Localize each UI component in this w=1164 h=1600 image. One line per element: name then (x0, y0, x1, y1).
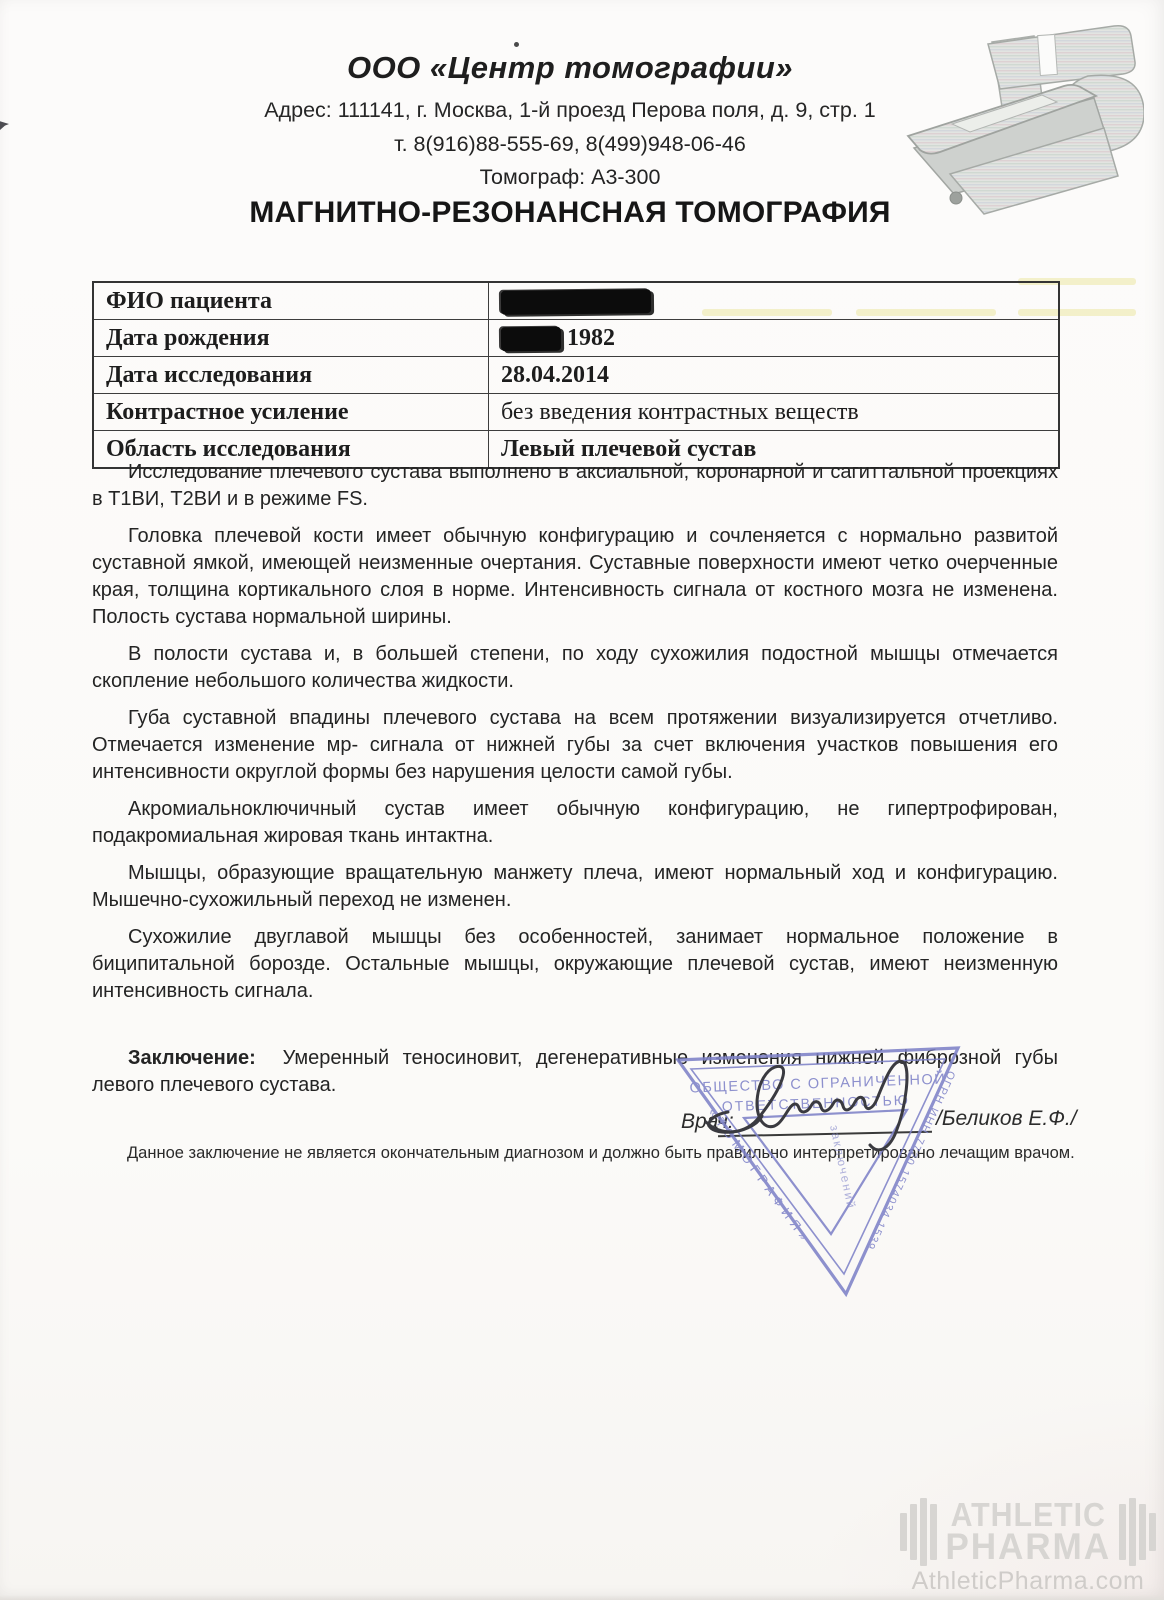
conclusion-label: Заключение: (128, 1047, 256, 1069)
row-value: без введения контрастных веществ (489, 394, 1060, 431)
patient-info-table: ФИО пациента Дата рождения 1982 Дата исс… (92, 281, 1060, 469)
report-paragraph: Мышцы, образующие вращательную манжету п… (92, 860, 1058, 914)
table-row-patient-name: ФИО пациента (93, 282, 1059, 320)
redaction-mark (501, 327, 561, 352)
watermark-url: AthleticPharma.com (904, 1567, 1152, 1596)
mri-machine-image (892, 6, 1144, 232)
athleticpharma-watermark: ATHLETIC PHARMA AthleticPharma.com (904, 1498, 1152, 1596)
row-label: Дата рождения (93, 320, 489, 357)
scanned-mri-report-page: ООО «Центр томографии» Адрес: 111141, г.… (0, 0, 1164, 1600)
row-value: 1982 (489, 320, 1060, 357)
row-value (489, 282, 1060, 320)
dumbbell-plates-right (1119, 1498, 1156, 1566)
scan-artifact-speck (0, 119, 9, 130)
dumbbell-plates-left (900, 1498, 937, 1566)
table-row-study-date: Дата исследования 28.04.2014 (93, 357, 1059, 394)
report-paragraph: В полости сустава и, в большей степени, … (92, 641, 1058, 695)
watermark-line2: PHARMA (945, 1530, 1111, 1564)
dumbbell-logo-icon: ATHLETIC PHARMA (904, 1498, 1152, 1566)
report-paragraph: Сухожилие двуглавой мышцы без особенност… (92, 924, 1058, 1005)
report-paragraph: Головка плечевой кости имеет обычную кон… (92, 523, 1058, 631)
scan-artifact-dot (514, 42, 519, 47)
row-label: Дата исследования (93, 357, 489, 394)
row-label: Контрастное усиление (93, 394, 489, 431)
table-row-contrast: Контрастное усиление без введения контра… (93, 394, 1059, 431)
report-paragraph: Акромиальноключичный сустав имеет обычну… (92, 796, 1058, 850)
doctor-signature (698, 1052, 938, 1167)
report-body: Исследование плечевого сустава выполнено… (92, 459, 1058, 1109)
row-label: ФИО пациента (93, 282, 489, 320)
table-row-birth-date: Дата рождения 1982 (93, 320, 1059, 357)
redaction-mark (501, 289, 651, 315)
row-value: 28.04.2014 (489, 357, 1060, 394)
report-paragraph: Губа суставной впадины плечевого сустава… (92, 705, 1058, 786)
report-paragraph: Исследование плечевого сустава выполнено… (92, 459, 1058, 513)
